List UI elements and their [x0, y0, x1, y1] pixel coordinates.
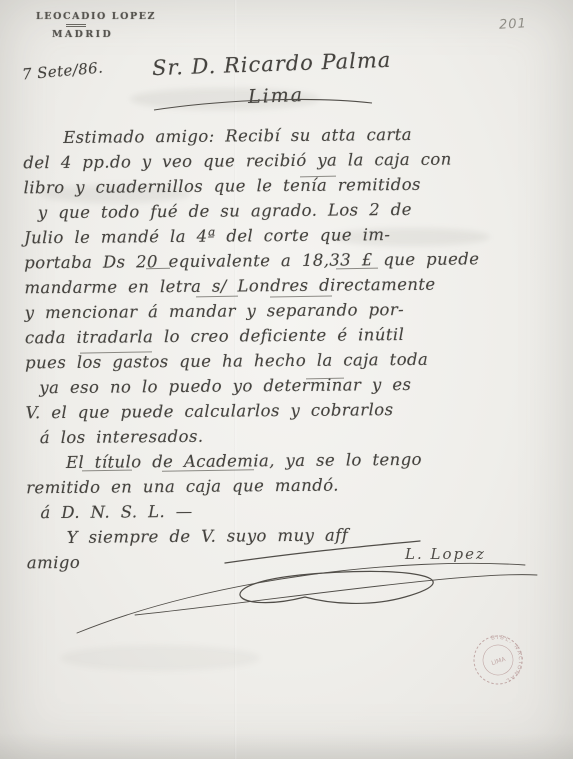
stamp-center-text: LIMA — [491, 656, 508, 667]
signature-flourish: L. Lopez — [75, 515, 555, 645]
recipient-name: Sr. D. Ricardo Palma — [152, 48, 392, 80]
handwritten-line: portaba Ds 20 equivalente a 18,33 £ que … — [24, 246, 552, 276]
flourish-underline — [150, 94, 380, 114]
letterhead-stamp: LEOCADIO LOPEZ MADRID — [36, 11, 156, 40]
signature-name: L. Lopez — [404, 545, 486, 563]
letter-date: 7 Sete/86. — [21, 58, 104, 83]
ink-bleed-smudge — [60, 645, 260, 671]
scanned-letter-page: LEOCADIO LOPEZ MADRID 201 7 Sete/86. Sr.… — [0, 0, 573, 759]
scan-edge-shadow — [0, 733, 573, 759]
letterhead-name: LEOCADIO LOPEZ — [36, 11, 156, 22]
folio-number: 201 — [499, 16, 528, 32]
letterhead-rule — [66, 24, 86, 27]
letterhead-city: MADRID — [52, 29, 156, 40]
letter-body: Estimado amigo: Recibí su atta carta del… — [23, 121, 555, 576]
